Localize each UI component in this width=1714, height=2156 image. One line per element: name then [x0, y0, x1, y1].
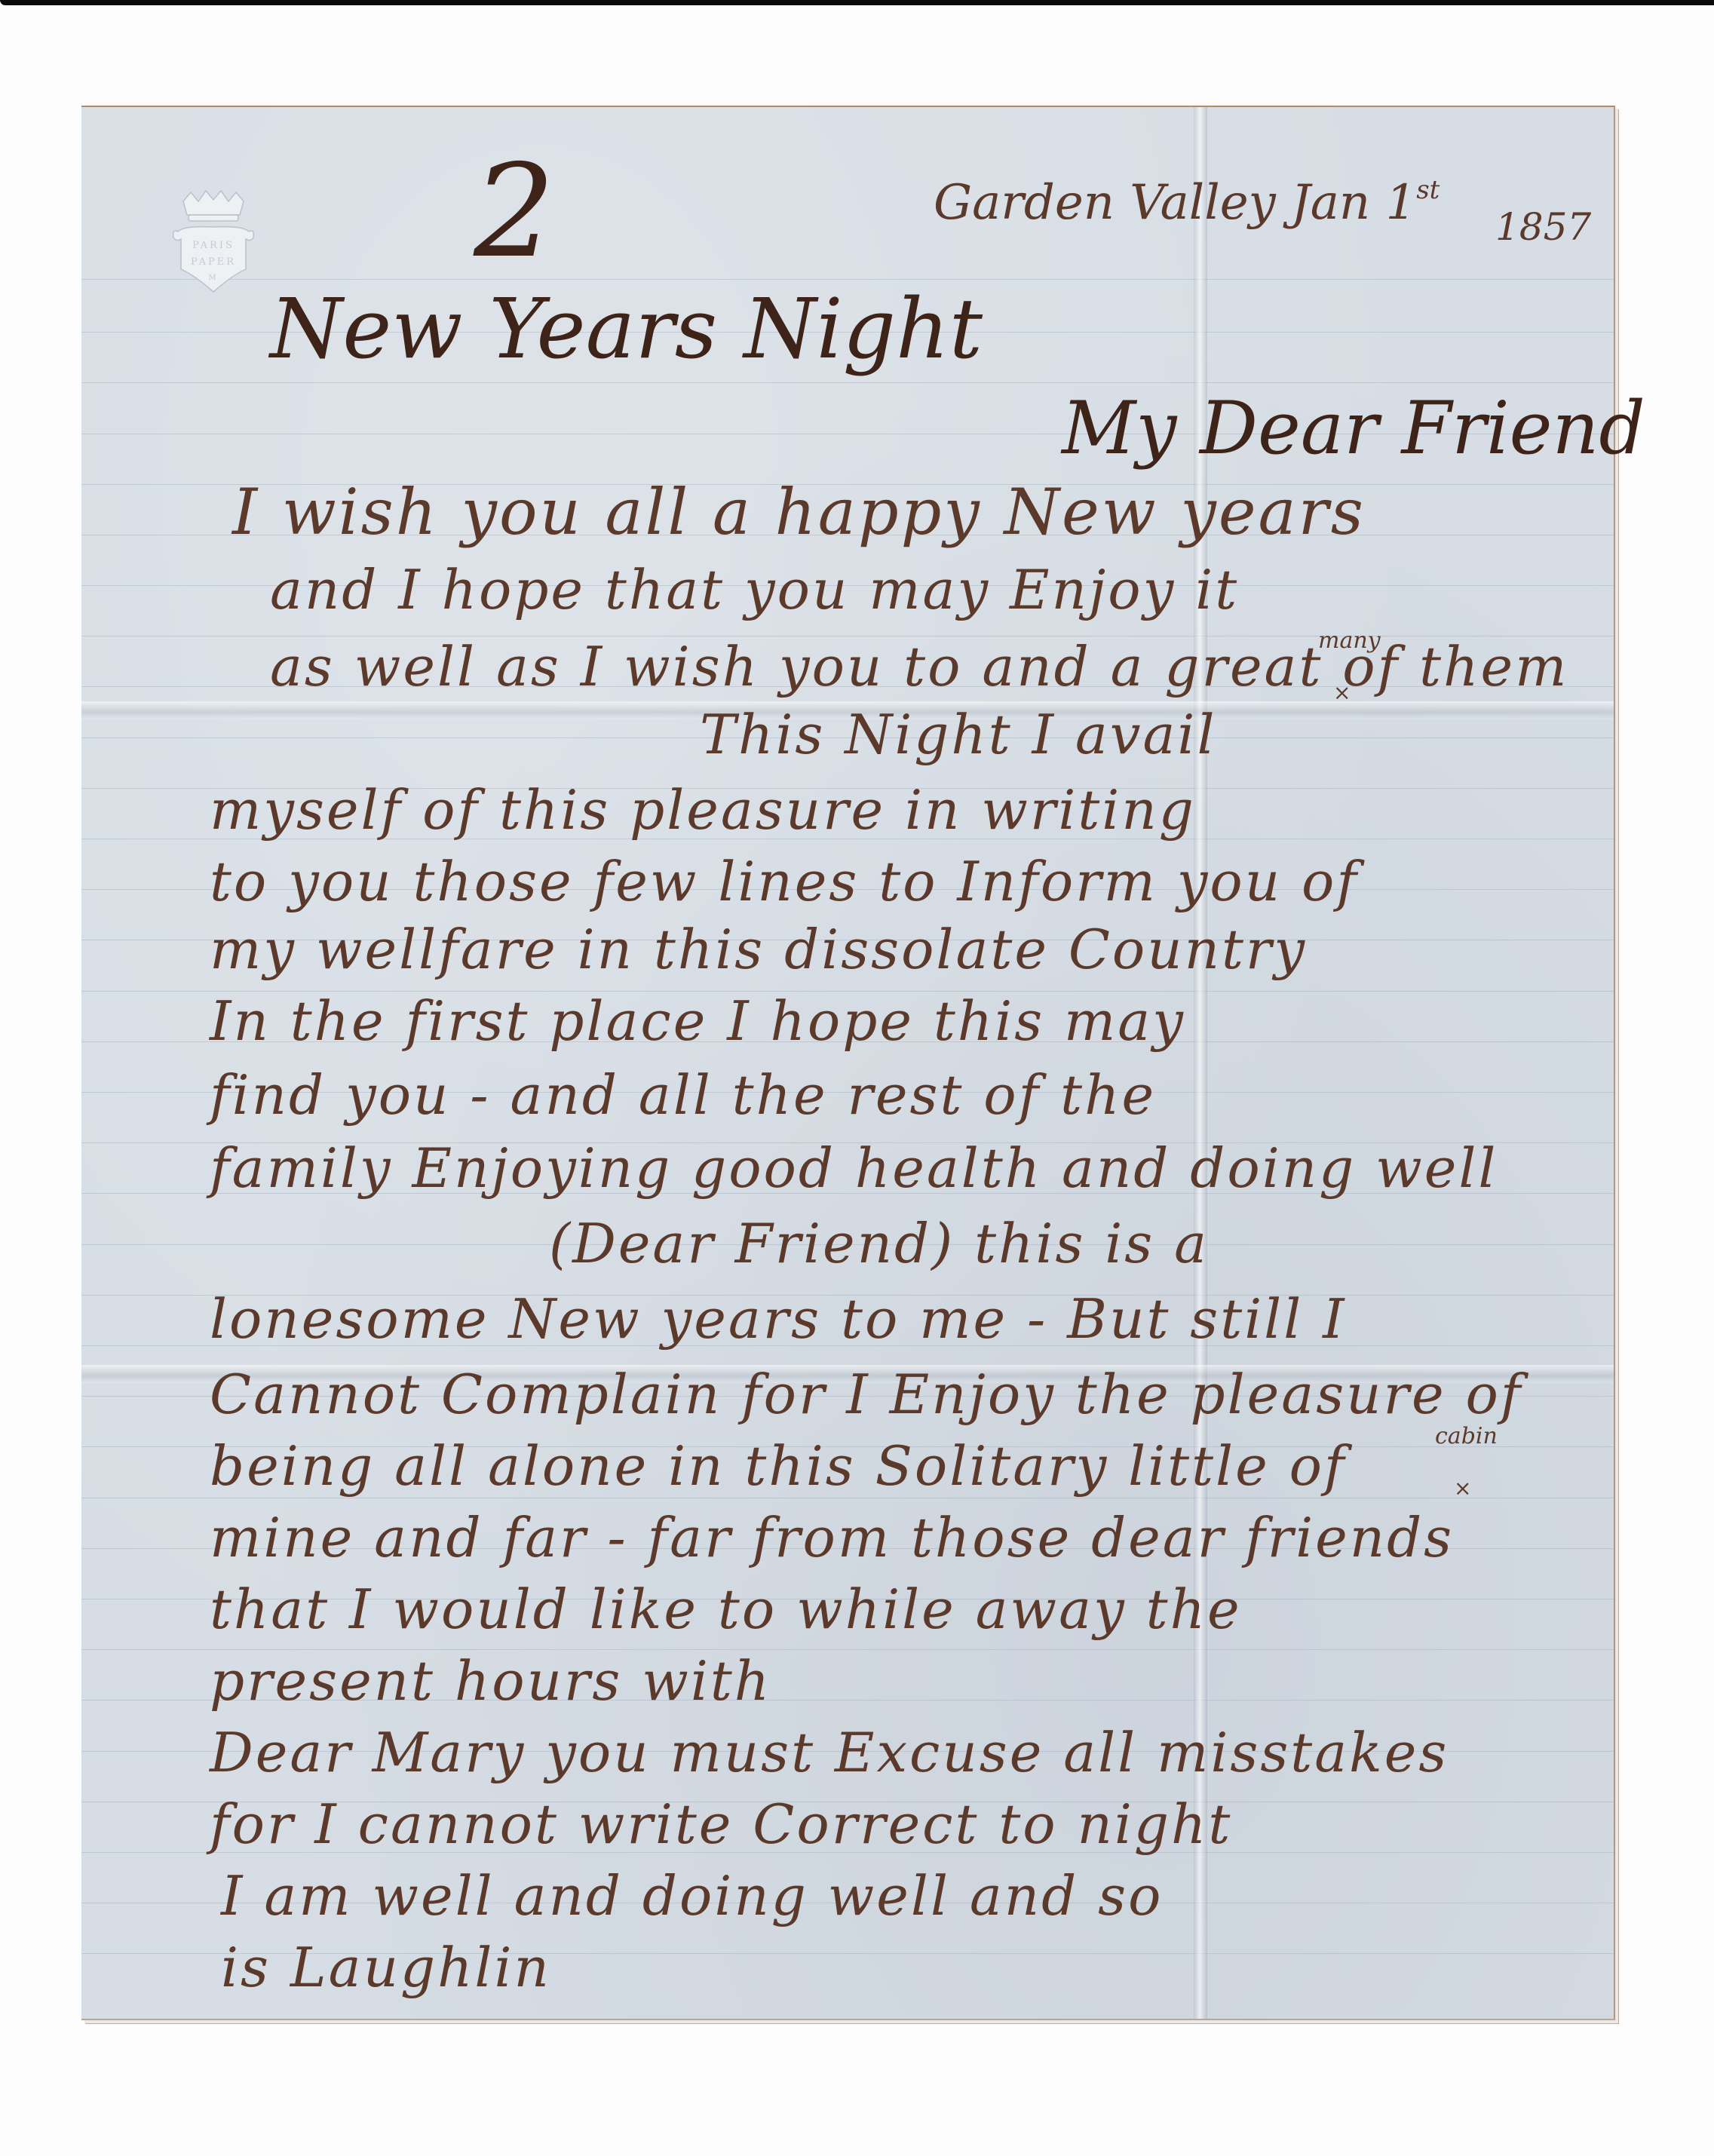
letter-line: that I would like to while away the [210, 1578, 1242, 1641]
letter-line: Dear Mary you must Excuse all misstakes [210, 1721, 1449, 1784]
salutation: My Dear Friend [1062, 386, 1645, 471]
insertion-caret: × [1454, 1476, 1471, 1501]
seal-text-paris: PARIS [192, 240, 235, 251]
letter-line: This Night I avail [700, 703, 1216, 766]
letter-line: is Laughlin [221, 1936, 551, 1999]
seal-text-paper: PAPER [191, 256, 236, 268]
embossed-paris-paper-seal-icon: PARIS PAPER M [164, 186, 262, 299]
insertion-cabin: cabin [1435, 1423, 1498, 1449]
letter-heading: New Years Night [270, 281, 983, 377]
letter-line: Cannot Complain for I Enjoy the pleasure… [210, 1363, 1522, 1426]
dateline-place: Garden Valley [934, 175, 1276, 231]
insertion-many: many [1318, 627, 1381, 654]
letter-line: find you - and all the rest of the [210, 1063, 1156, 1127]
letter-line: to you those few lines to Inform you of [210, 850, 1359, 913]
letter-page: PARIS PAPER M 2 Garden Valley Jan 1st 18… [81, 106, 1615, 2020]
insertion-caret: × [1333, 680, 1351, 705]
letter-line: I wish you all a happy New years [232, 475, 1366, 549]
letter-line: I am well and doing well and so [221, 1864, 1163, 1928]
letter-line: (Dear Friend) this is a [549, 1212, 1209, 1275]
crown-icon [183, 191, 244, 215]
dateline-date: Jan 1 [1291, 175, 1416, 231]
letter-line: In the first place I hope this may [210, 989, 1185, 1053]
letter-line: present hours with [210, 1649, 771, 1713]
letter-line: lonesome New years to me - But still I [210, 1287, 1347, 1351]
seal-mark: M [208, 274, 218, 282]
letter-line: myself of this pleasure in writing [210, 778, 1196, 842]
dateline-date-suffix: st [1416, 175, 1440, 205]
ruled-line [81, 1498, 1614, 1498]
page-number: 2 [474, 137, 555, 287]
dateline: Garden Valley Jan 1st [934, 175, 1440, 231]
letter-line: my wellfare in this dissolate Country [210, 918, 1307, 981]
letter-line: family Enjoying good health and doing we… [210, 1136, 1498, 1200]
letter-line: and I hope that you may Enjoy it [270, 558, 1239, 621]
dateline-year: 1857 [1495, 205, 1591, 249]
letter-line: mine and far - far from those dear frien… [210, 1506, 1454, 1569]
letter-line: being all alone in this Solitary little … [210, 1434, 1347, 1498]
ruled-line [81, 279, 1614, 280]
letter-line: for I cannot write Correct to night [210, 1793, 1232, 1856]
ruled-line [81, 382, 1614, 383]
scanner-edge [0, 0, 1714, 5]
